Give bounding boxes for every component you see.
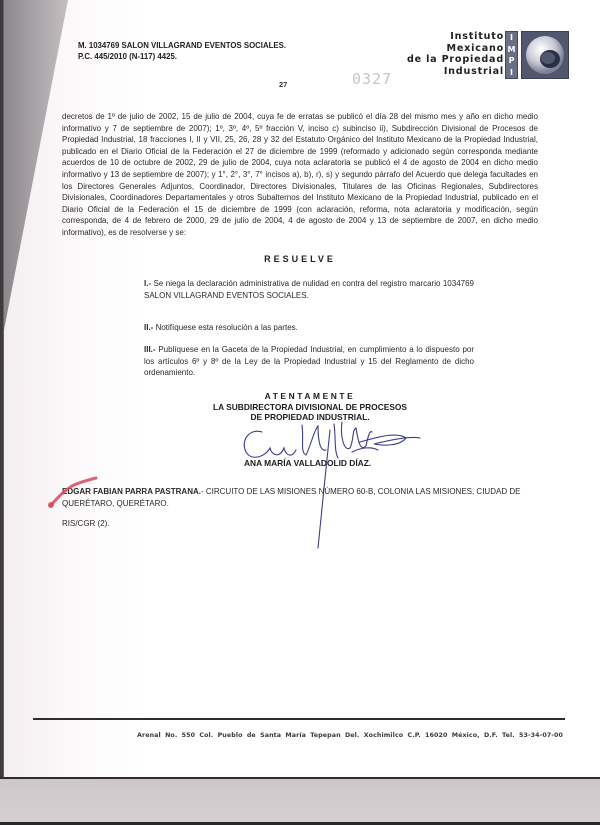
case-reference: M. 1034769 SALON VILLAGRAND EVENTOS SOCI… xyxy=(78,40,286,62)
resuelve-heading: RESUELVE xyxy=(0,254,600,264)
stamp-number: 0327 xyxy=(352,70,392,88)
addressee: EDGAR FABIAN PARRA PASTRANA.- CIRCUITO D… xyxy=(62,486,542,509)
impi-logo-text: Instituto Mexicano de la Propiedad Indus… xyxy=(407,31,504,77)
signer-name: ANA MARÍA VALLADOLID DÍAZ. xyxy=(244,458,371,468)
body-paragraph: decretos de 1º de julio de 2002, 15 de j… xyxy=(62,111,538,239)
point-text: Se niega la declaración administrativa d… xyxy=(144,279,474,300)
logo-line: de la Propiedad xyxy=(407,54,504,66)
scanner-background xyxy=(0,779,600,823)
resolution-point-1: I.- Se niega la declaración administrati… xyxy=(144,278,474,301)
resolution-point-3: III.- Publíquese en la Gaceta de la Prop… xyxy=(144,344,474,379)
logo-line: Industrial xyxy=(407,66,504,78)
acronym-letter: P xyxy=(506,55,517,67)
acronym-letter: M xyxy=(506,44,517,56)
footer-rule xyxy=(33,718,565,720)
impi-logo-icon xyxy=(521,31,569,79)
initials: RIS/CGR (2). xyxy=(62,519,110,528)
signer-title-line-2: DE PROPIEDAD INDUSTRIAL. xyxy=(0,412,600,423)
point-numeral: II.- xyxy=(144,323,153,332)
point-text: Notifíquese esta resolución a las partes… xyxy=(153,323,298,332)
point-text: Publíquese en la Gaceta de la Propiedad … xyxy=(144,345,474,377)
reference-line-1: M. 1034769 SALON VILLAGRAND EVENTOS SOCI… xyxy=(78,40,286,51)
footer-address: Arenal No. 550 Col. Pueblo de Santa Marí… xyxy=(137,732,563,739)
logo-line: Instituto xyxy=(407,31,504,43)
point-numeral: III.- xyxy=(144,345,156,354)
page-number: 27 xyxy=(279,80,287,89)
acronym-letter: I xyxy=(506,67,517,79)
resolution-point-2: II.- Notifíquese esta resolución a las p… xyxy=(144,322,474,334)
closing: ATENTAMENTE xyxy=(0,391,600,402)
reference-line-2: P.C. 445/2010 (N-117) 4425. xyxy=(78,51,286,62)
impi-acronym-bar: I M P I xyxy=(505,31,518,79)
logo-line: Mexicano xyxy=(407,43,504,55)
signer-title-line-1: LA SUBDIRECTORA DIVISIONAL DE PROCESOS xyxy=(0,402,600,413)
acronym-letter: I xyxy=(506,32,517,44)
signature-block: ATENTAMENTE LA SUBDIRECTORA DIVISIONAL D… xyxy=(0,391,600,423)
addressee-name: EDGAR FABIAN PARRA PASTRANA. xyxy=(62,487,201,496)
